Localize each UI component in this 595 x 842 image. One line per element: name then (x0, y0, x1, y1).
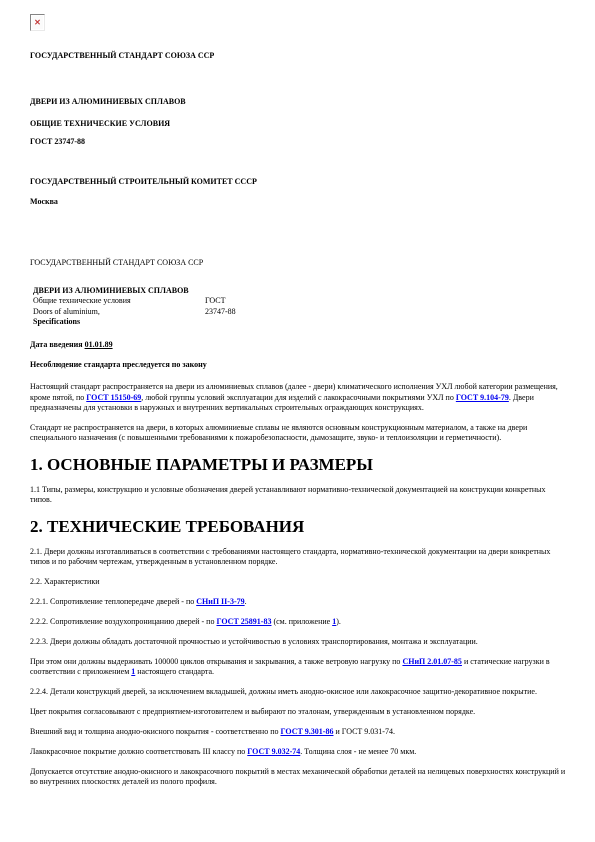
paragraph-2-2-3: 2.2.3. Двери должны обладать достаточной… (30, 637, 567, 647)
standard-caption: ГОСУДАРСТВЕННЫЙ СТАНДАРТ СОЮЗА ССР (30, 258, 567, 268)
standard-reference-link[interactable]: ГОСТ 25891-83 (216, 617, 271, 626)
effective-date-line: Дата введения 01.01.89 (30, 340, 567, 350)
standard-reference-link[interactable]: ГОСТ 9.104-79 (456, 393, 509, 402)
broken-image-icon[interactable]: ✕ (30, 14, 45, 31)
paragraph-2-2-4c: Внешний вид и толщина анодно-окисного по… (30, 727, 567, 737)
effective-date-label: Дата введения (30, 340, 85, 349)
standard-reference-link[interactable]: ГОСТ 9.301-86 (280, 727, 333, 736)
masthead-city: Москва (30, 197, 567, 207)
paragraph-2-2-4e: Допускается отсутствие анодно-окисного и… (30, 767, 567, 788)
title-block-subtitle-ru: Общие технические условия (33, 296, 205, 306)
section-2-heading: 2. ТЕХНИЧЕСКИЕ ТРЕБОВАНИЯ (30, 517, 567, 537)
gost-number-line2: 23747-88 (205, 307, 236, 317)
masthead-title: ДВЕРИ ИЗ АЛЮМИНИЕВЫХ СПЛАВОВ (30, 97, 567, 107)
standard-reference-link[interactable]: 1 (131, 667, 135, 676)
title-block-title-en: Doors of aluminium, (33, 307, 205, 317)
title-block-left: ДВЕРИ ИЗ АЛЮМИНИЕВЫХ СПЛАВОВ Общие техни… (33, 286, 205, 328)
paragraph-2-2-4d: Лакокрасочное покрытие должно соответств… (30, 747, 567, 757)
paragraph-scope-1: Настоящий стандарт распространяется на д… (30, 382, 567, 413)
paragraph-2-2-3b: При этом они должны выдерживать 100000 ц… (30, 657, 567, 678)
title-block: ДВЕРИ ИЗ АЛЮМИНИЕВЫХ СПЛАВОВ Общие техни… (30, 286, 567, 328)
document-page: ✕ ГОСУДАРСТВЕННЫЙ СТАНДАРТ СОЮЗА ССР ДВЕ… (0, 0, 595, 787)
masthead-org-line: ГОСУДАРСТВЕННЫЙ СТАНДАРТ СОЮЗА ССР (30, 51, 567, 61)
paragraph-2-2-4b: Цвет покрытия согласовывают с предприяти… (30, 707, 567, 717)
law-notice: Несоблюдение стандарта преследуется по з… (30, 360, 567, 370)
title-block-title-ru: ДВЕРИ ИЗ АЛЮМИНИЕВЫХ СПЛАВОВ (33, 286, 205, 296)
paragraph-scope-2: Стандарт не распространяется на двери, в… (30, 423, 567, 444)
paragraph-1-1: 1.1 Типы, размеры, конструкцию и условны… (30, 485, 567, 506)
title-block-gost-number: ГОСТ 23747-88 (205, 296, 236, 317)
title-block-subtitle-en: Specifications (33, 317, 205, 327)
paragraph-2-1: 2.1. Двери должны изготавливаться в соот… (30, 547, 567, 568)
masthead-subtitle: ОБЩИЕ ТЕХНИЧЕСКИЕ УСЛОВИЯ (30, 119, 567, 129)
effective-date-link[interactable]: 01.01.89 (85, 340, 113, 349)
masthead-doc-number: ГОСТ 23747-88 (30, 137, 567, 147)
section-1-heading: 1. ОСНОВНЫЕ ПАРАМЕТРЫ И РАЗМЕРЫ (30, 455, 567, 475)
standard-reference-link[interactable]: ГОСТ 9.032-74 (247, 747, 300, 756)
paragraph-2-2-1: 2.2.1. Сопротивление теплопередаче двере… (30, 597, 567, 607)
masthead-committee: ГОСУДАРСТВЕННЫЙ СТРОИТЕЛЬНЫЙ КОМИТЕТ ССС… (30, 177, 567, 187)
standard-reference-link[interactable]: СНиП 2.01.07-85 (402, 657, 462, 666)
paragraph-2-2-4: 2.2.4. Детали конструкций дверей, за иск… (30, 687, 567, 697)
paragraph-2-2: 2.2. Характеристики (30, 577, 567, 587)
standard-reference-link[interactable]: ГОСТ 15150-69 (86, 393, 141, 402)
standard-reference-link[interactable]: СНиП II-3-79 (196, 597, 244, 606)
paragraph-2-2-2: 2.2.2. Сопротивление воздухопроницанию д… (30, 617, 567, 627)
gost-number-line1: ГОСТ (205, 296, 236, 306)
broken-image-x-glyph: ✕ (34, 19, 41, 27)
standard-reference-link[interactable]: 1 (332, 617, 336, 626)
